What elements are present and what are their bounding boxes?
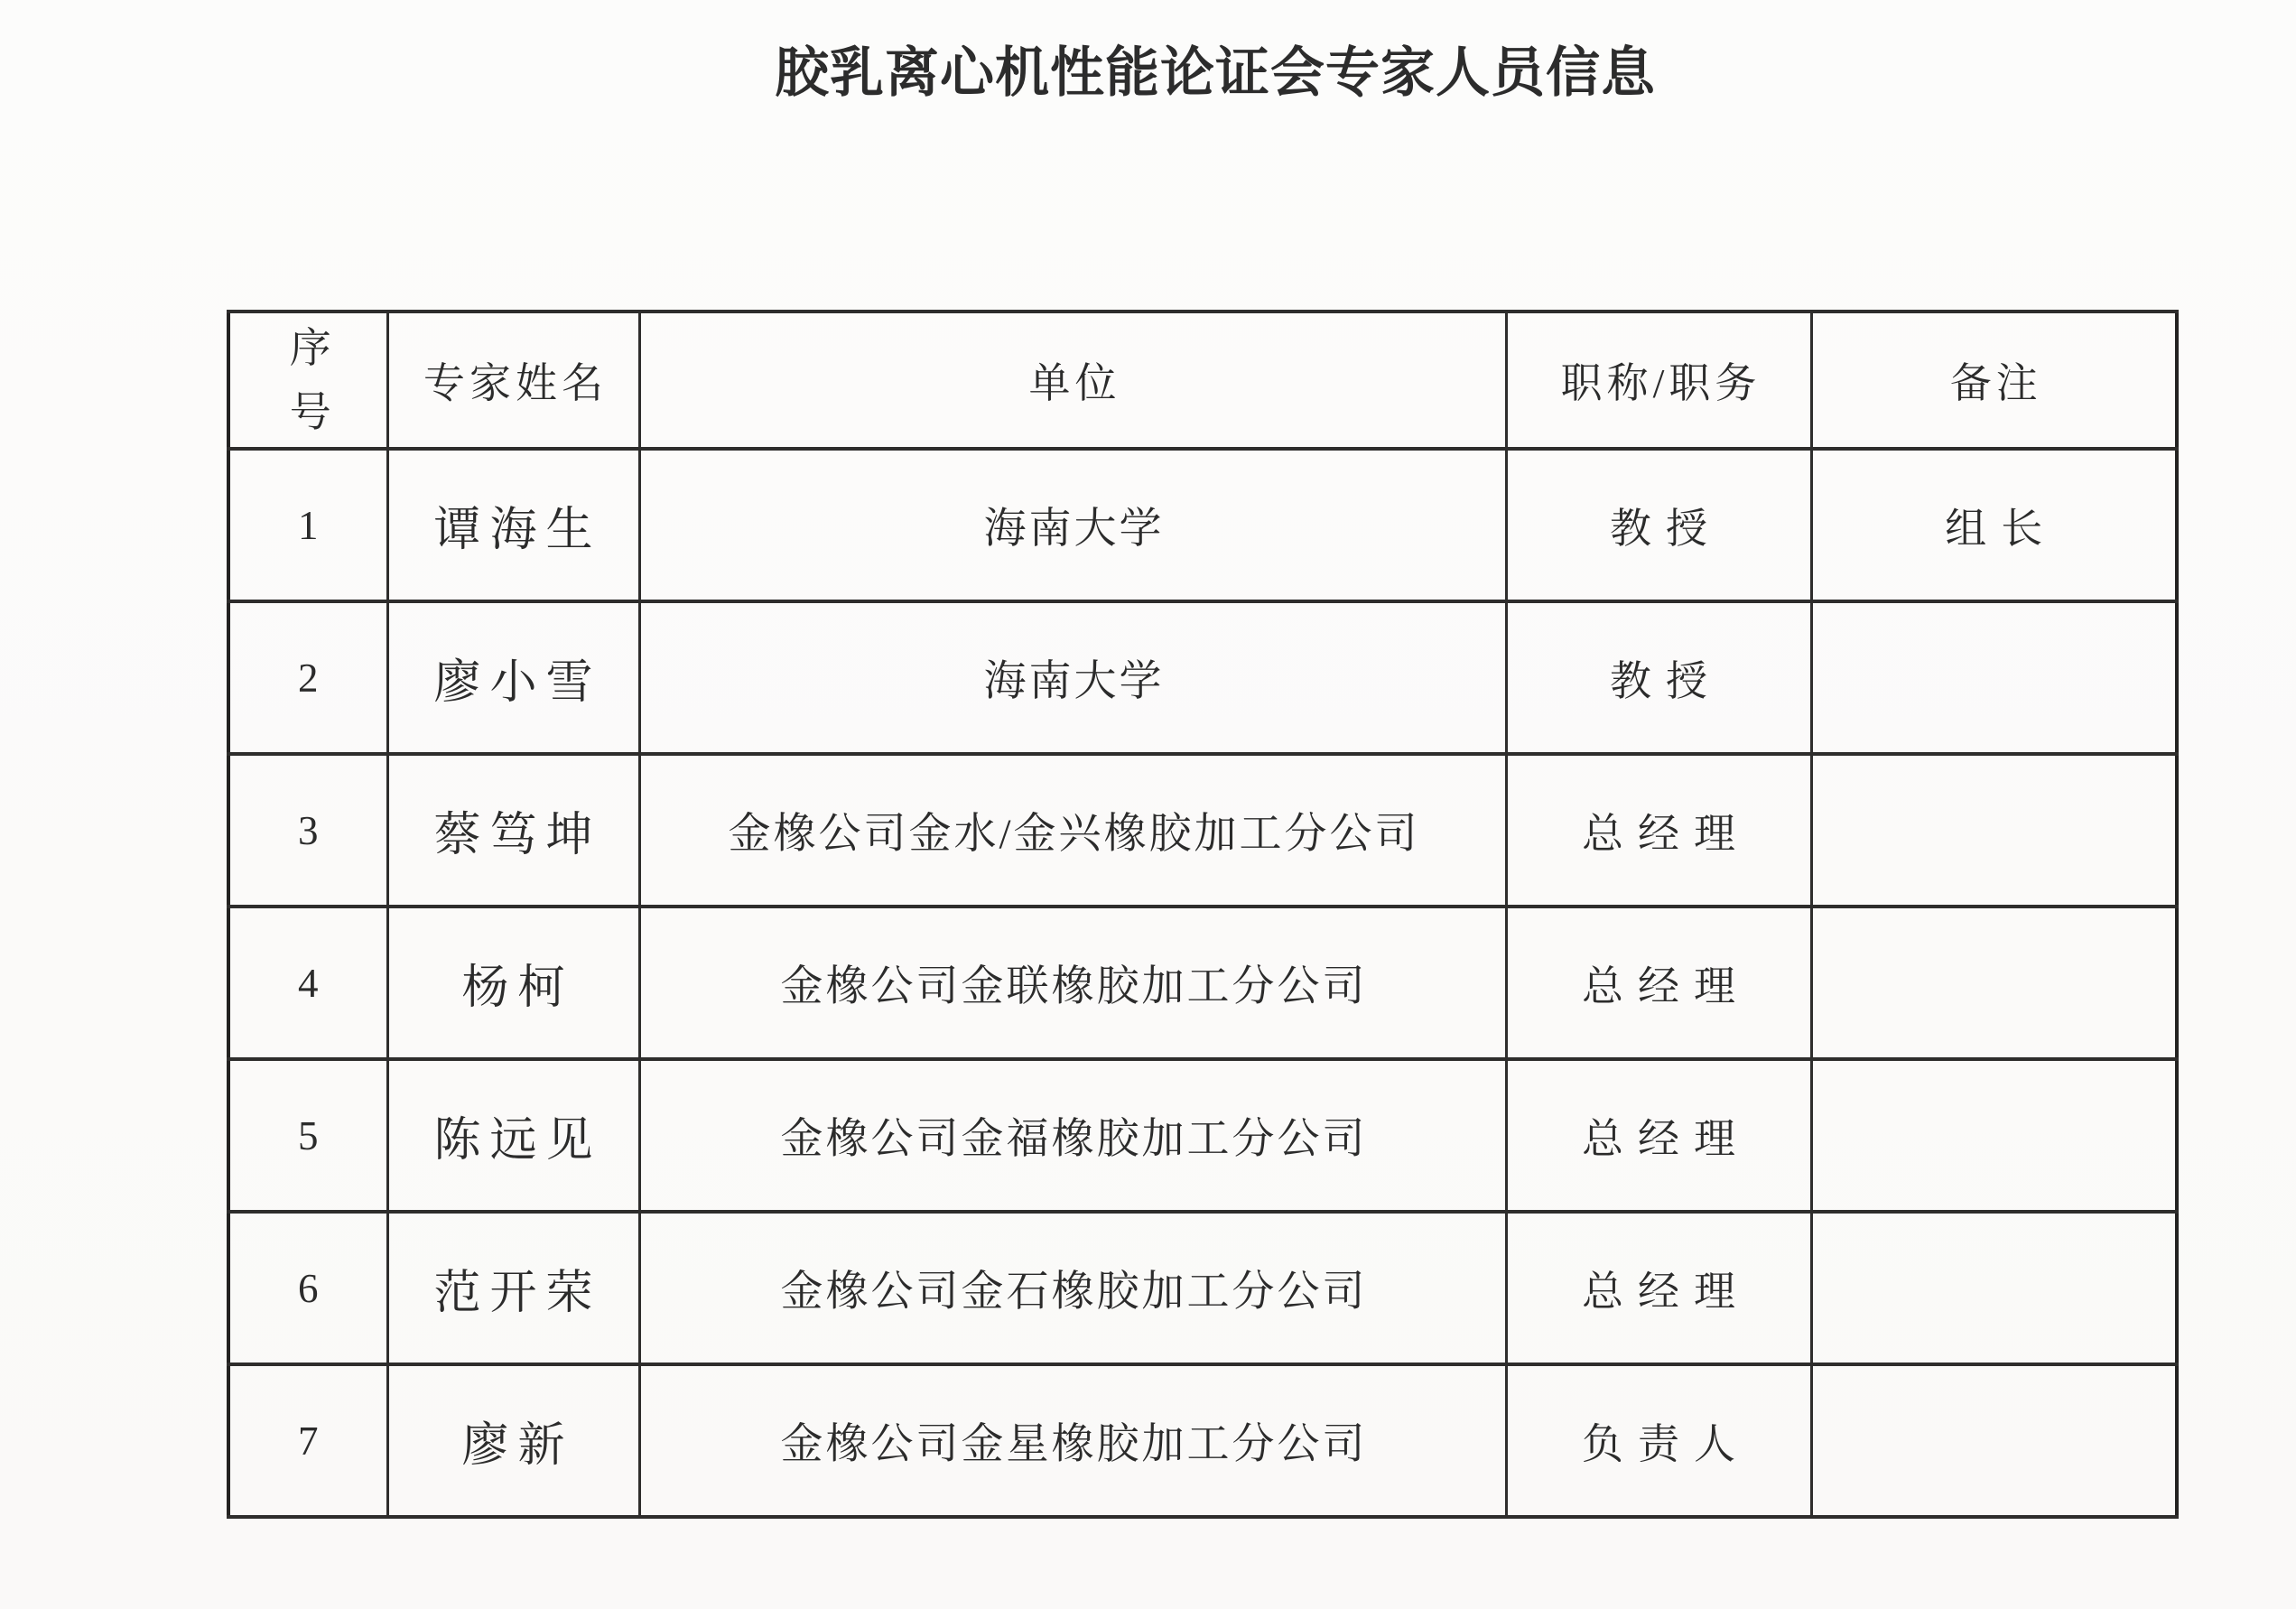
cell-no: 5 [228, 1059, 387, 1212]
cell-expert-name: 杨柯 [387, 907, 639, 1059]
page-title: 胶乳离心机性能论证会专家人员信息 [775, 45, 1656, 102]
header-title-position: 职称/职务 [1506, 312, 1811, 449]
table-header-row: 序号 专家姓名 单位 职称/职务 备注 [228, 312, 2177, 449]
cell-title-position: 总经理 [1506, 907, 1811, 1059]
experts-table: 序号 专家姓名 单位 职称/职务 备注 1 谭海生 海南大学 教授 组长 2 廖… [227, 310, 2179, 1519]
cell-no: 6 [228, 1212, 387, 1364]
header-no-label: 序号 [286, 316, 334, 445]
cell-unit: 金橡公司金福橡胶加工分公司 [639, 1059, 1506, 1212]
cell-expert-name: 谭海生 [387, 449, 639, 601]
cell-title-position: 总经理 [1506, 1212, 1811, 1364]
cell-remark [1811, 1364, 2177, 1517]
cell-unit: 金橡公司金水/金兴橡胶加工分公司 [639, 754, 1506, 907]
cell-unit: 金橡公司金星橡胶加工分公司 [639, 1364, 1506, 1517]
header-expert-name: 专家姓名 [387, 312, 639, 449]
cell-title-position: 总经理 [1506, 1059, 1811, 1212]
cell-no: 7 [228, 1364, 387, 1517]
cell-unit: 金橡公司金石橡胶加工分公司 [639, 1212, 1506, 1364]
table-row: 2 廖小雪 海南大学 教授 [228, 601, 2177, 754]
cell-unit: 金橡公司金联橡胶加工分公司 [639, 907, 1506, 1059]
table-row: 5 陈远见 金橡公司金福橡胶加工分公司 总经理 [228, 1059, 2177, 1212]
table-row: 6 范开荣 金橡公司金石橡胶加工分公司 总经理 [228, 1212, 2177, 1364]
cell-remark [1811, 1212, 2177, 1364]
cell-title-position: 总经理 [1506, 754, 1811, 907]
cell-unit: 海南大学 [639, 449, 1506, 601]
table-row: 3 蔡笃坤 金橡公司金水/金兴橡胶加工分公司 总经理 [228, 754, 2177, 907]
cell-no: 2 [228, 601, 387, 754]
cell-expert-name: 廖新 [387, 1364, 639, 1517]
table-row: 7 廖新 金橡公司金星橡胶加工分公司 负责人 [228, 1364, 2177, 1517]
cell-title-position: 教授 [1506, 449, 1811, 601]
header-remark: 备注 [1811, 312, 2177, 449]
cell-expert-name: 陈远见 [387, 1059, 639, 1212]
cell-remark [1811, 907, 2177, 1059]
cell-expert-name: 蔡笃坤 [387, 754, 639, 907]
scanned-document: { "page": { "title": "胶乳离心机性能论证会专家人员信息" … [0, 0, 2296, 1609]
header-unit: 单位 [639, 312, 1506, 449]
cell-no: 1 [228, 449, 387, 601]
cell-no: 4 [228, 907, 387, 1059]
cell-remark [1811, 1059, 2177, 1212]
cell-title-position: 教授 [1506, 601, 1811, 754]
cell-unit: 海南大学 [639, 601, 1506, 754]
cell-expert-name: 廖小雪 [387, 601, 639, 754]
cell-remark [1811, 601, 2177, 754]
cell-remark: 组长 [1811, 449, 2177, 601]
cell-title-position: 负责人 [1506, 1364, 1811, 1517]
header-no: 序号 [228, 312, 387, 449]
table-row: 4 杨柯 金橡公司金联橡胶加工分公司 总经理 [228, 907, 2177, 1059]
cell-expert-name: 范开荣 [387, 1212, 639, 1364]
table-row: 1 谭海生 海南大学 教授 组长 [228, 449, 2177, 601]
cell-no: 3 [228, 754, 387, 907]
cell-remark [1811, 754, 2177, 907]
